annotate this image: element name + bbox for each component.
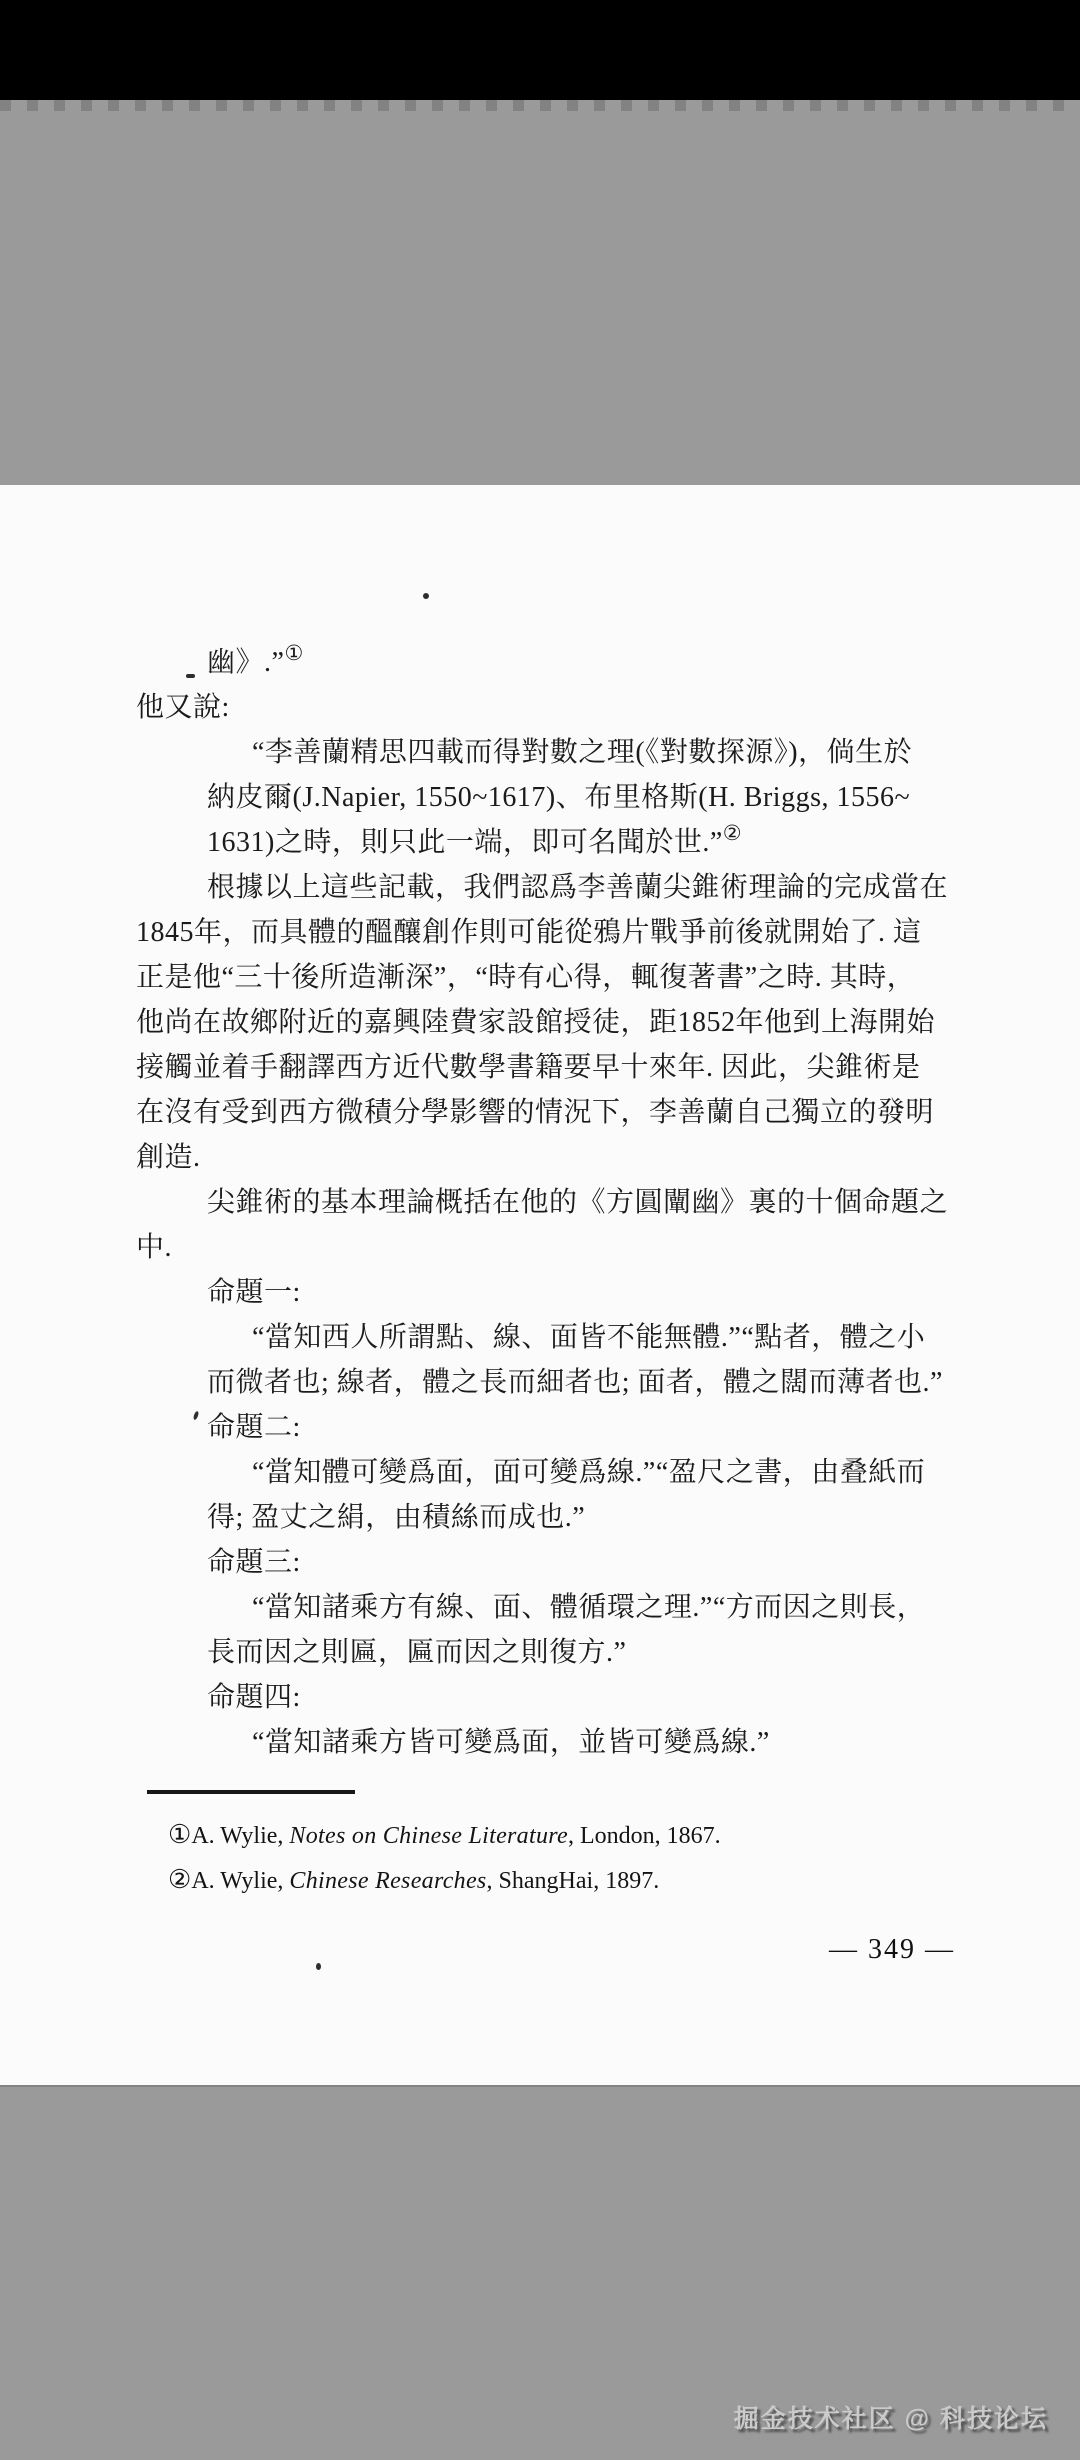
- page-number: — 349 —: [829, 1934, 955, 1966]
- gray-band-top: [0, 100, 1080, 487]
- footnotes: ①A. Wylie, Notes on Chinese Literature, …: [0, 485, 1080, 2085]
- footnote-marker: ②: [168, 1865, 191, 1894]
- letterbox-top-bar: [0, 0, 1080, 100]
- footnote: ②A. Wylie, Chinese Researches, ShangHai,…: [168, 1864, 659, 1897]
- gray-band-bottom: 掘金技术社区 @ 科技论坛: [0, 2085, 1080, 2460]
- watermark: 掘金技术社区 @ 科技论坛: [734, 2399, 1048, 2435]
- footnote-marker: ①: [168, 1820, 191, 1849]
- footnote: ①A. Wylie, Notes on Chinese Literature, …: [168, 1819, 721, 1852]
- scanned-page: 幽》.”①他又說:“李善蘭精思四載而得對數之理(《對數探源》)，倘生於納皮爾(J…: [0, 485, 1080, 2085]
- screenshot-root: 幽》.”①他又說:“李善蘭精思四載而得對數之理(《對數探源》)，倘生於納皮爾(J…: [0, 0, 1080, 2460]
- perforation-dots: [0, 100, 1080, 111]
